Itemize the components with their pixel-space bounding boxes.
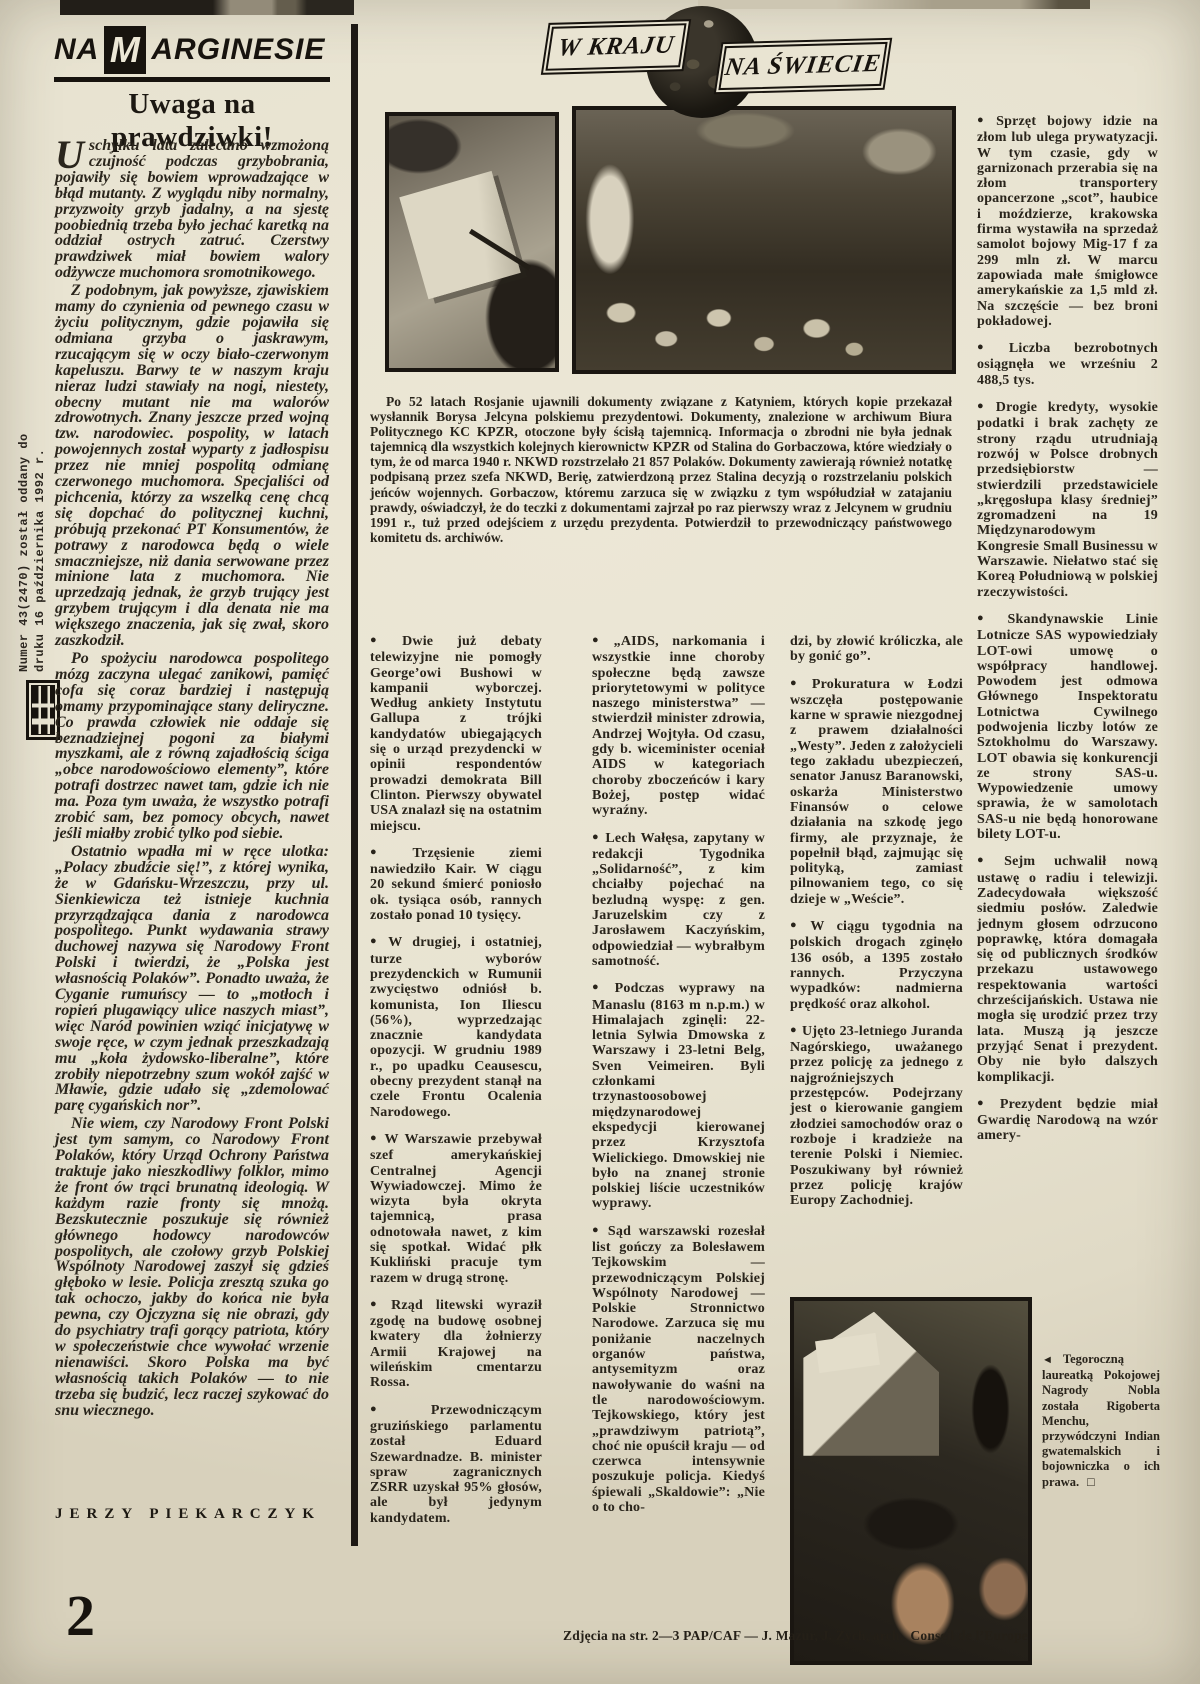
news-item: ●Sąd warszawski rozesłał list gończy za …: [592, 1224, 765, 1516]
masthead-m-box: M: [104, 26, 146, 74]
news-item: ●„AIDS, narkomania i wszystkie inne chor…: [592, 634, 765, 819]
news-column-world: ●Sprzęt bojowy idzie na złom lub ulega p…: [977, 114, 1158, 1156]
photo-katyn-exhumation: [572, 106, 956, 374]
print-issue-note-line1: Numer 43(2470) został oddany do: [16, 388, 32, 672]
news-item-text: Drogie kredyty, wysokie podatki i brak z…: [977, 400, 1158, 600]
bullet-icon: ●: [370, 1298, 386, 1310]
news-column-3: dzi, by złowić króliczka, ale by gonić g…: [790, 634, 963, 1220]
news-item: ●Skandynawskie Linie Lotnicze SAS wypowi…: [977, 612, 1158, 842]
print-issue-note: Numer 43(2470) został oddany do druku 16…: [16, 388, 48, 672]
news-item: ●Sprzęt bojowy idzie na złom lub ulega p…: [977, 114, 1158, 329]
document-sheet-shape: [400, 170, 522, 298]
masthead-post: ARGINESIE: [151, 33, 325, 67]
banner-w-kraju: W KRAJU: [545, 23, 686, 70]
news-item-text: Liczba bezrobotnych osiągnęła we wrześni…: [977, 341, 1158, 388]
news-item: ●W Warszawie przebywał szef amerykańskie…: [370, 1132, 542, 1286]
news-item: ●Rząd litewski wyraził zgodę na budowę o…: [370, 1298, 542, 1391]
drop-cap: U: [55, 138, 89, 169]
news-item: ●W drugiej, i ostatniej, turze wyborów p…: [370, 935, 542, 1120]
katyn-lead-paragraph: Po 52 latach Rosjanie ujawnili dokumenty…: [370, 394, 952, 545]
bullet-icon: ●: [977, 341, 1004, 353]
news-item: ●Prezydent będzie miał Gwardię Narodową …: [977, 1097, 1158, 1144]
bullet-icon: ●: [977, 1097, 995, 1109]
bullet-icon: ●: [977, 612, 1003, 624]
news-item-text: Sprzęt bojowy idzie na złom lub ulega pr…: [977, 114, 1158, 329]
article-lead-paragraph: Uschyłku lata zalecano wzmożoną czujność…: [55, 138, 329, 281]
news-item-text: Rząd litewski wyraził zgodę na budowę os…: [370, 1298, 542, 1390]
news-item: ●Dwie już debaty telewizyjne nie pomogły…: [370, 634, 542, 834]
news-item: ●Sejm uchwalił nową ustawę o radiu i tel…: [977, 854, 1158, 1084]
news-item: dzi, by złowić króliczka, ale by gonić g…: [790, 634, 963, 665]
article-paragraph: Ostatnio wpadła mi w ręce ulotka: „Polac…: [55, 844, 329, 1114]
bullet-icon: ●: [370, 935, 383, 947]
magazine-logo-marks: [32, 686, 54, 734]
top-page-remnant-left: [60, 0, 354, 15]
end-square-icon: □: [1087, 1475, 1095, 1489]
photo-rigoberta-menchu: [790, 1297, 1032, 1665]
masthead-pre: NA: [54, 33, 99, 67]
bullet-icon: ●: [977, 114, 991, 126]
article-byline: JERZY PIEKARCZYK: [55, 1506, 331, 1523]
news-item-text: W ciągu tygodnia na polskich drogach zgi…: [790, 919, 963, 1011]
bullet-icon: ●: [370, 634, 397, 646]
news-item: ●W ciągu tygodnia na polskich drogach zg…: [790, 919, 963, 1012]
news-item: ●Ujęto 23-letniego Juranda Nagórskiego, …: [790, 1024, 963, 1209]
bullet-icon: ●: [790, 677, 807, 689]
article-paragraphs: Z podobnym, jak powyższe, zjawiskiem mam…: [55, 283, 329, 1418]
news-item-text: Sejm uchwalił nową ustawę o radiu i tele…: [977, 854, 1158, 1084]
news-item-text: „AIDS, narkomania i wszystkie inne choro…: [592, 634, 765, 818]
newspaper-page: Numer 43(2470) został oddany do druku 16…: [0, 0, 1200, 1684]
news-item: ●Liczba bezrobotnych osiągnęła we wrześn…: [977, 341, 1158, 388]
photo-katyn-documents: [385, 112, 559, 372]
photo-caption: ◄Tegoroczną laureatką Pokojowej Nagrody …: [1042, 1352, 1160, 1490]
news-item-text: Podczas wyprawy na Manaslu (8163 m n.p.m…: [592, 981, 765, 1211]
news-column-1: ●Dwie już debaty telewizyjne nie pomogły…: [370, 634, 542, 1538]
bullet-icon: ●: [790, 919, 805, 931]
news-item-text: Skandynawskie Linie Lotnicze SAS wypowie…: [977, 612, 1158, 842]
news-item-text: Dwie już debaty telewizyjne nie pomogły …: [370, 634, 542, 834]
news-item-text: Przewodniczącym gruzińskiego parlamentu …: [370, 1403, 542, 1526]
news-item-text: W drugiej, i ostatniej, turze wyborów pr…: [370, 935, 542, 1119]
bullet-icon: ●: [790, 1024, 797, 1036]
news-column-2: ●„AIDS, narkomania i wszystkie inne chor…: [592, 634, 765, 1527]
print-issue-note-line2: druku 16 października 1992 r.: [32, 388, 48, 672]
photo-caption-text: Tegoroczną laureatką Pokojowej Nagrody N…: [1042, 1352, 1160, 1489]
news-item: ●Podczas wyprawy na Manaslu (8163 m n.p.…: [592, 981, 765, 1211]
section-masthead: NA M ARGINESIE: [54, 26, 330, 82]
news-item: ●Prokuratura w Łodzi wszczęła postępowan…: [790, 677, 963, 907]
article-paragraph: Z podobnym, jak powyższe, zjawiskiem mam…: [55, 283, 329, 649]
top-page-remnant-right: [698, 0, 1090, 9]
news-item-text: Prezydent będzie miał Gwardię Narodową n…: [977, 1097, 1158, 1144]
news-item: ●Lech Wałęsa, zapytany w redakcji Tygodn…: [592, 831, 765, 970]
bullet-icon: ●: [592, 1224, 603, 1236]
news-item: ●Drogie kredyty, wysokie podatki i brak …: [977, 400, 1158, 600]
lead-paragraph-text: schyłku lata zalecano wzmożoną czujność …: [55, 137, 329, 281]
news-item: ●Trzęsienie ziemi nawiedziło Kair. W cią…: [370, 846, 542, 923]
bullet-icon: ●: [370, 1403, 426, 1415]
feuilleton-article: Uschyłku lata zalecano wzmożoną czujność…: [55, 138, 329, 1421]
news-item-text: Lech Wałęsa, zapytany w redakcji Tygodni…: [592, 831, 765, 969]
left-arrow-icon: ◄: [1042, 1354, 1053, 1366]
news-item-text: Sąd warszawski rozesłał list gończy za B…: [592, 1224, 765, 1515]
bullet-icon: ●: [370, 846, 407, 858]
photo-credits-line: Zdjęcia na str. 2—3 PAP/CAF — J. Mazur, …: [563, 1628, 1028, 1644]
bullet-icon: ●: [592, 634, 609, 646]
news-item-text: dzi, by złowić króliczka, ale by gonić g…: [790, 634, 963, 664]
news-item: ●Przewodniczącym gruzińskiego parlamentu…: [370, 1403, 542, 1526]
bullet-icon: ●: [370, 1132, 379, 1144]
banner-na-swiecie: NA ŚWIECIE: [718, 42, 887, 90]
bullet-icon: ●: [592, 831, 600, 843]
column-divider-rule: [351, 24, 358, 1546]
bullet-icon: ●: [592, 981, 610, 993]
news-item-text: W Warszawie przebywał szef amerykańskiej…: [370, 1132, 542, 1286]
news-item-text: Prokuratura w Łodzi wszczęła postępowani…: [790, 677, 963, 907]
article-paragraph: Nie wiem, czy Narodowy Front Polski jest…: [55, 1116, 329, 1418]
news-item-text: Ujęto 23-letniego Juranda Nagórskiego, u…: [790, 1024, 963, 1208]
bullet-icon: ●: [977, 854, 999, 866]
article-paragraph: Po spożyciu narodowca pospolitego mózg z…: [55, 651, 329, 842]
bullet-icon: ●: [977, 400, 991, 412]
page-number: 2: [66, 1582, 95, 1649]
masthead-rule: [54, 77, 330, 82]
